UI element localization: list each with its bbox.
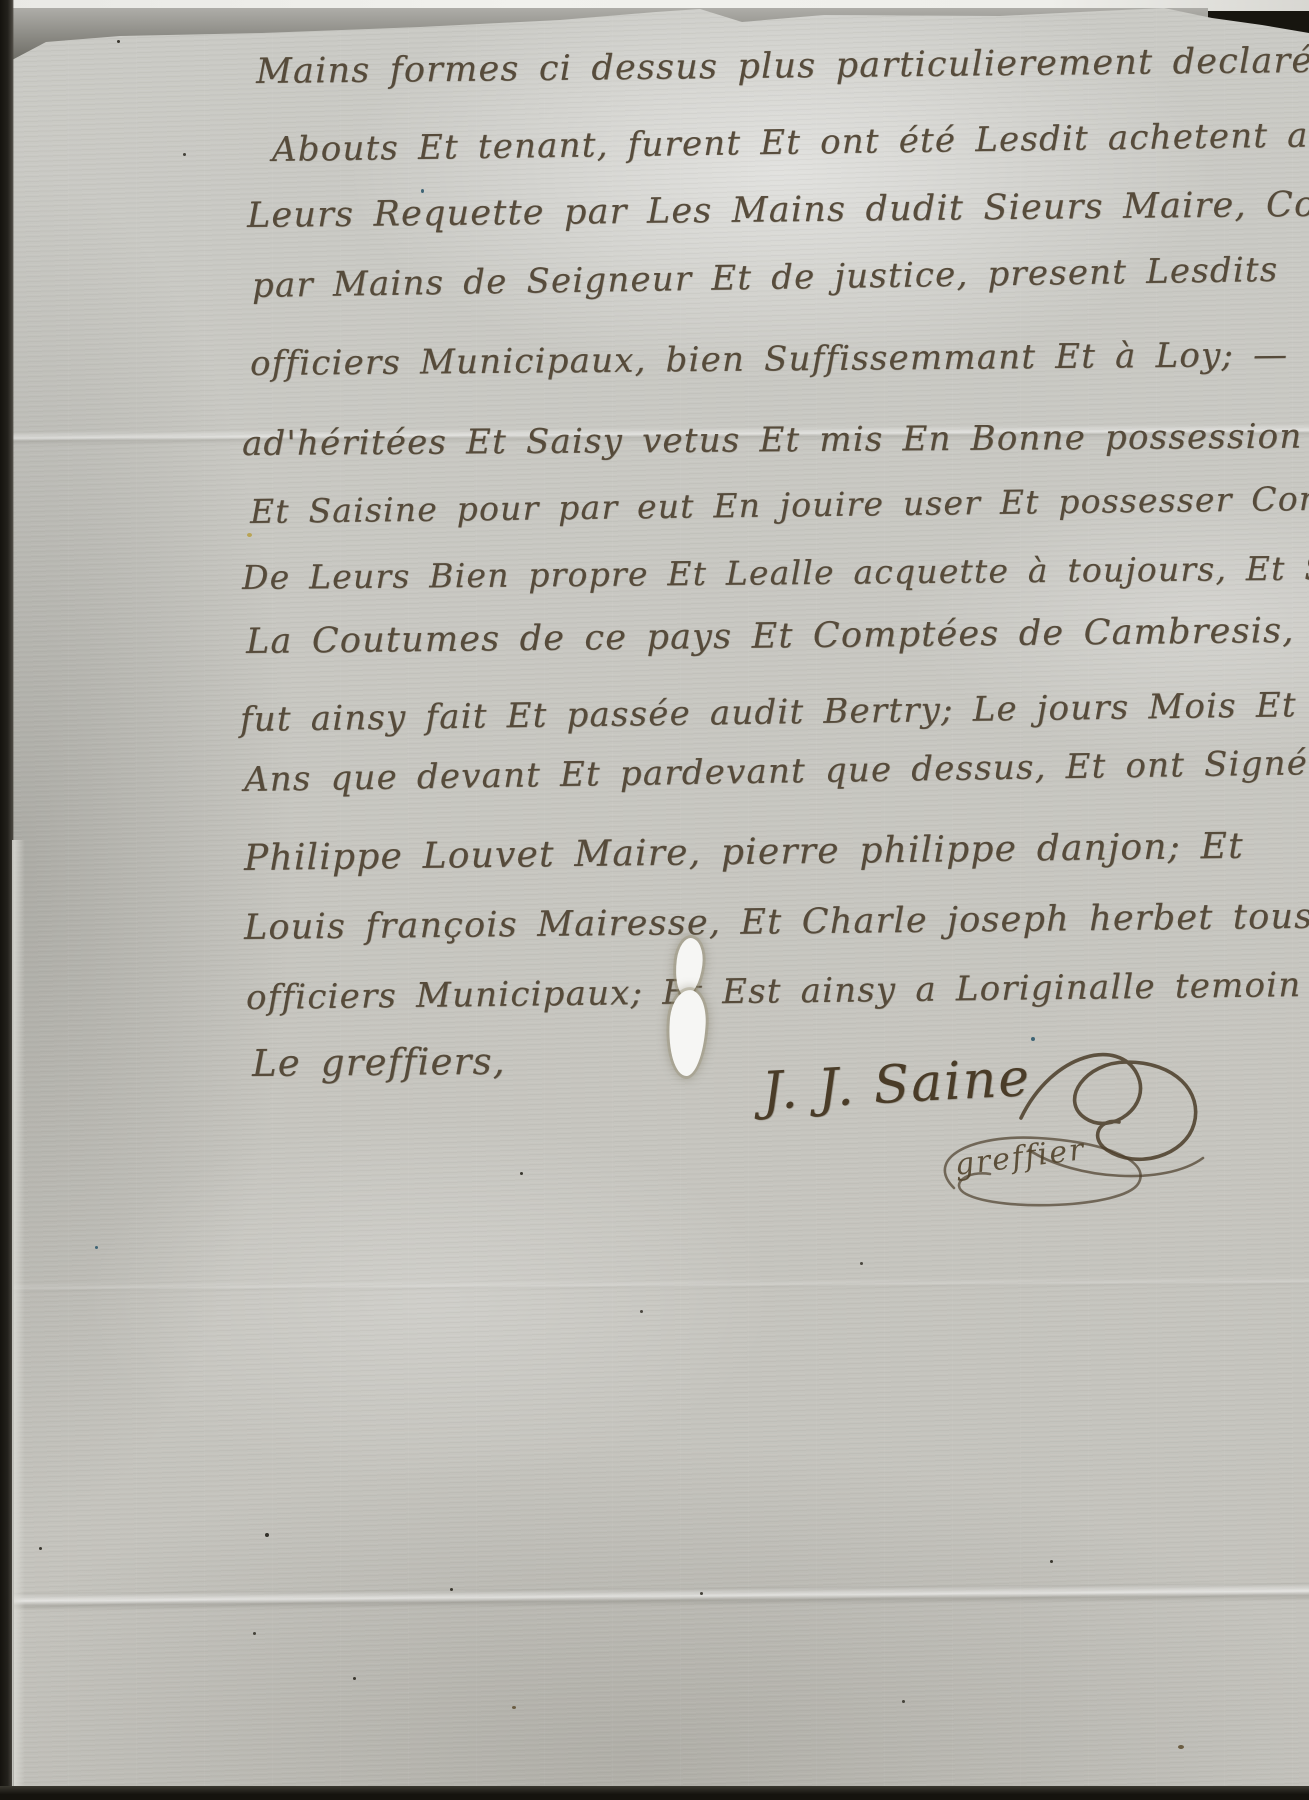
paper-speck	[902, 1700, 905, 1703]
paper-speck	[1050, 1560, 1053, 1563]
manuscript-line: ad'héritées Et Saisy vetus Et mis En Bon…	[242, 417, 1303, 464]
paper-speck	[353, 1677, 356, 1680]
scanned-manuscript-page: { "document": { "lines": [ "Mains formes…	[0, 0, 1309, 1800]
paper-speck	[450, 1588, 453, 1591]
paper-speck	[700, 1592, 703, 1595]
paper-speck-brown	[1178, 1745, 1184, 1749]
paper-speck	[117, 40, 120, 43]
paper-speck	[520, 1172, 523, 1175]
paper-speck	[39, 1547, 42, 1550]
paper-hole-upper-lobe	[673, 937, 706, 998]
paper-speck-brown	[512, 1706, 516, 1709]
paper-speck	[265, 1533, 269, 1537]
paper-speck	[253, 1632, 256, 1635]
paper-hole-lower-lobe	[666, 989, 708, 1077]
scan-edge-left-highlight	[12, 840, 25, 1790]
paper-speck-yellow	[247, 533, 252, 537]
paper-hole	[666, 938, 718, 1084]
ink-speck-blue	[1031, 1037, 1035, 1041]
paper-speck	[640, 1310, 643, 1313]
ink-speck-blue	[421, 189, 424, 193]
paper-speck	[183, 153, 186, 156]
ink-speck-blue	[95, 1246, 98, 1249]
manuscript-line: Le greffiers,	[252, 1040, 506, 1085]
paper-sheet: Mains formes ci dessus plus particuliere…	[0, 0, 1309, 1800]
paper-speck	[860, 1262, 863, 1265]
scan-edge-bottom	[0, 1786, 1309, 1800]
